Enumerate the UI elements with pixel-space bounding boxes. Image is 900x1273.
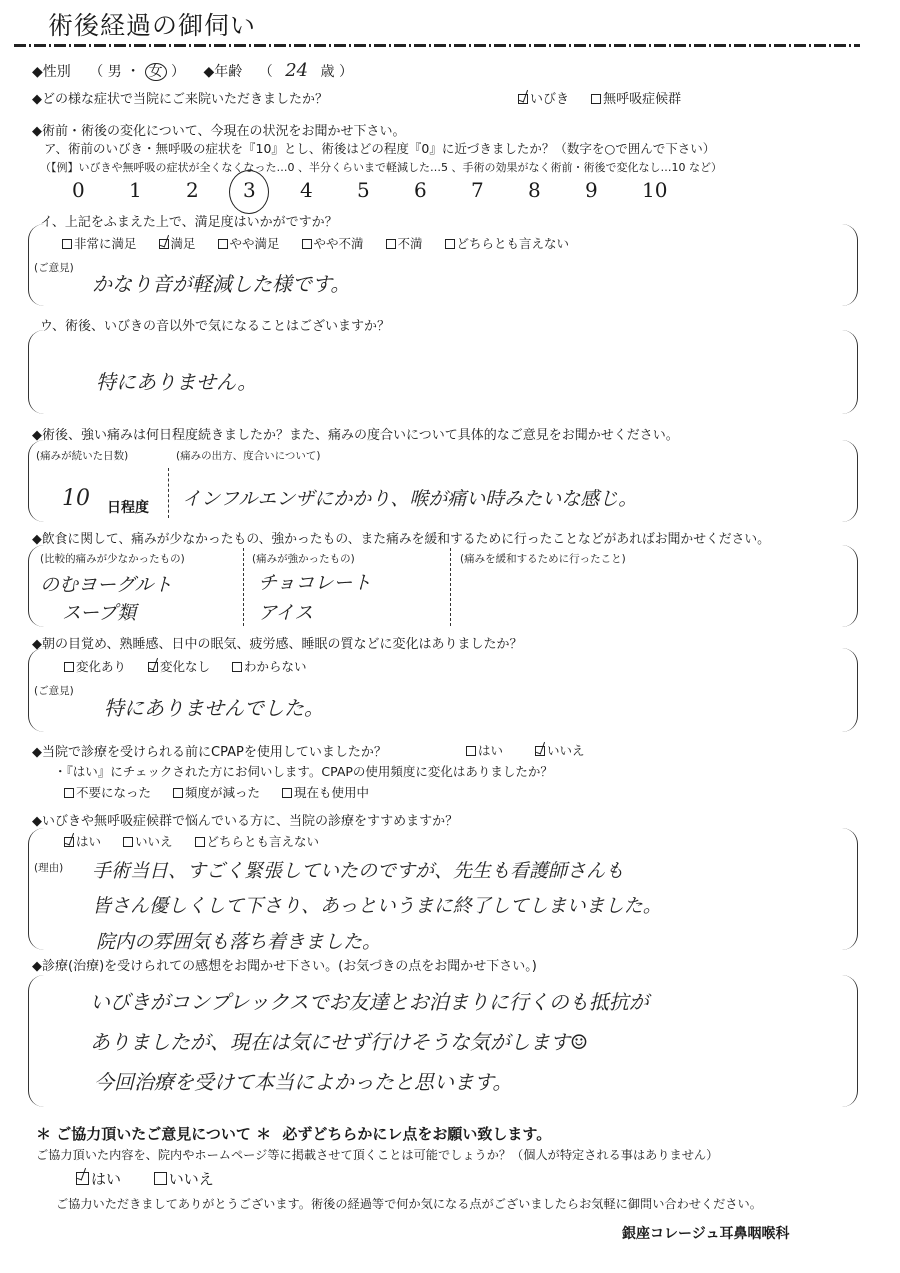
pain-degree-label: (痛みの出方、度合いについて) [176, 448, 320, 463]
checkbox-recommend-no[interactable]: いいえ [123, 832, 173, 850]
change-heading: ◆術前・術後の変化について、今現在の状況をお聞かせ下さい。 [32, 120, 405, 139]
checkbox-neutral[interactable]: どちらとも言えない [445, 234, 570, 252]
food-col2-line1[interactable]: チョコレート [258, 568, 371, 595]
checkbox-very-satisfied[interactable]: 非常に満足 [62, 234, 137, 252]
food-col1-line1[interactable]: のむヨーグルト [40, 570, 172, 597]
pain-degree-answer[interactable]: インフルエンザにかかり、喉が痛い時みたいな感じ。 [182, 484, 637, 511]
cpap-options: はい いいえ [466, 741, 603, 759]
checkbox-still-using[interactable]: 現在も使用中 [282, 783, 369, 801]
checkbox-icon [195, 837, 205, 847]
checkbox-icon [154, 1172, 167, 1185]
food-divider-2 [450, 548, 451, 626]
scale-9[interactable]: 9 [585, 178, 642, 202]
gender-option-female[interactable]: 女 [145, 63, 167, 81]
checkbox-icon [466, 746, 476, 756]
gender-label: ◆性別 [32, 64, 71, 80]
scale-7[interactable]: 7 [471, 178, 528, 202]
checkbox-changed[interactable]: 変化あり [64, 657, 126, 675]
pain-days-field[interactable]: 10 [62, 486, 90, 511]
scale-1[interactable]: 1 [129, 178, 186, 202]
recommend-reason-label: (理由) [34, 860, 63, 875]
impression-line1[interactable]: いびきがコンプレックスでお友達とお泊まりに行くのも抵抗が [90, 986, 649, 1015]
change-scale: 012345678910 [72, 178, 699, 202]
food-col3-label: (痛みを緩和するために行ったこと) [460, 551, 626, 566]
consent-options: はい いいえ [76, 1168, 232, 1189]
symptom-question: ◆どの様な症状で当院にご来院いただきましたか？ [32, 88, 328, 107]
checkbox-frequency-reduced[interactable]: 頻度が減った [173, 783, 260, 801]
checkbox-icon [386, 239, 396, 249]
food-col2-label: (痛みが強かったもの) [252, 551, 355, 566]
checkbox-recommend-yes[interactable]: はい [64, 832, 101, 850]
satisfaction-options: 非常に満足 満足 やや満足 やや不満 不満 どちらとも言えない [62, 234, 587, 252]
checkbox-icon [518, 94, 528, 104]
checkbox-icon [535, 746, 545, 756]
satisfaction-opinion-label: (ご意見) [34, 260, 74, 275]
clinic-name: 銀座コレージュ耳鼻咽喉科 [622, 1223, 789, 1243]
scale-4[interactable]: 4 [300, 178, 357, 202]
recommend-reason-line3[interactable]: 院内の雰囲気も落ち着きました。 [96, 927, 381, 954]
checkbox-icon [64, 788, 74, 798]
checkbox-unknown[interactable]: わからない [232, 657, 307, 675]
satisfaction-opinion-answer[interactable]: かなり音が軽減した様です。 [92, 268, 350, 297]
pain-days-unit: 日程度 [107, 497, 149, 517]
checkbox-consent-yes[interactable]: はい [76, 1168, 121, 1189]
checkbox-icon [76, 1172, 89, 1185]
morning-opinion-answer[interactable]: 特にありませんでした。 [104, 692, 324, 721]
checkbox-icon [64, 662, 74, 672]
other-concerns-answer[interactable]: 特にありません。 [96, 366, 257, 395]
scale-0[interactable]: 0 [72, 178, 129, 202]
symptom-options: いびき 無呼吸症候群 [518, 88, 699, 107]
checkbox-icon [218, 239, 228, 249]
selected-circle-mark [229, 170, 269, 214]
age-label: ◆年齢 [204, 64, 243, 80]
checkbox-cpap-yes[interactable]: はい [466, 741, 503, 759]
checkbox-snoring[interactable]: いびき [518, 88, 569, 107]
checkbox-somewhat-satisfied[interactable]: やや満足 [218, 234, 280, 252]
cpap-followup-options: 不要になった 頻度が減った 現在も使用中 [64, 783, 387, 801]
checkbox-icon [445, 239, 455, 249]
recommend-reason-line2[interactable]: 皆さん優しくして下さり、あっというまに終了してしまいました。 [92, 891, 662, 918]
checkbox-apnea[interactable]: 無呼吸症候群 [591, 88, 681, 107]
food-col1-line2[interactable]: スープ類 [62, 598, 136, 625]
checkbox-icon [282, 788, 292, 798]
change-question-a: ア、術前のいびき・無呼吸の症状を『10』とし、術後はどの程度『0』に近づきました… [44, 139, 715, 157]
checkbox-consent-no[interactable]: いいえ [154, 1168, 214, 1189]
checkbox-icon [62, 239, 72, 249]
cpap-question: ◆当院で診療を受けられる前にCPAPを使用していましたか？ [32, 741, 387, 760]
title-divider [14, 44, 860, 47]
pain-days-label: (痛みが続いた日数) [36, 448, 128, 463]
checkbox-icon [591, 94, 601, 104]
food-col2-line2[interactable]: アイス [258, 598, 313, 625]
checkbox-cpap-no[interactable]: いいえ [535, 741, 585, 759]
checkbox-no-longer-needed[interactable]: 不要になった [64, 783, 151, 801]
checkbox-somewhat-dissatisfied[interactable]: やや不満 [302, 234, 364, 252]
thanks-message: ご協力いただきましてありがとうございます。術後の経過等で何か気になる点がございま… [56, 1195, 762, 1212]
checkbox-icon [148, 662, 158, 672]
checkbox-icon [173, 788, 183, 798]
morning-options: 変化あり 変化なし わからない [64, 657, 325, 675]
morning-opinion-label: (ご意見) [34, 683, 74, 698]
consent-heading: ＊ ご協力頂いたご意見について ＊ 必ずどちらかにレ点をお願い致します。 [36, 1123, 551, 1144]
food-col1-label: (比較的痛みが少なかったもの) [40, 551, 185, 566]
consent-question: ご協力頂いた内容を、院内やホームページ等に掲載させて頂くことは可能でしょうか？（… [36, 1146, 718, 1163]
scale-6[interactable]: 6 [414, 178, 471, 202]
form-title: 術後経過の御伺い [48, 6, 256, 42]
pain-divider [168, 468, 169, 518]
profile-row: ◆性別 （ 男 ・ 女 ） ◆年齢 （ 24 歳 ） [32, 60, 353, 81]
scale-5[interactable]: 5 [357, 178, 414, 202]
impression-question: ◆診療(治療)を受けられての感想をお聞かせ下さい。(お気づきの点をお聞かせ下さい… [32, 955, 537, 974]
checkbox-icon [159, 239, 169, 249]
checkbox-recommend-neutral[interactable]: どちらとも言えない [195, 832, 320, 850]
checkbox-satisfied[interactable]: 満足 [159, 234, 196, 252]
change-example: （【例】いびきや無呼吸の症状が全くなくなった…0 、半分くらいまで軽減した…5 … [40, 159, 722, 175]
scale-8[interactable]: 8 [528, 178, 585, 202]
impression-line3[interactable]: 今回治療を受けて本当によかったと思います。 [94, 1066, 512, 1095]
scale-10[interactable]: 10 [642, 178, 699, 202]
checkbox-icon [232, 662, 242, 672]
checkbox-no-change[interactable]: 変化なし [148, 657, 210, 675]
age-field[interactable]: 24 [285, 60, 308, 81]
recommend-reason-line1[interactable]: 手術当日、すごく緊張していたのですが、先生も看護師さんも [92, 856, 624, 883]
checkbox-icon [64, 837, 74, 847]
checkbox-icon [302, 239, 312, 249]
recommend-question: ◆いびきや無呼吸症候群で悩んでいる方に、当院の診療をすすめますか？ [32, 810, 458, 829]
checkbox-icon [123, 837, 133, 847]
recommend-options: はい いいえ どちらとも言えない [64, 832, 337, 850]
food-divider-1 [243, 548, 244, 626]
gender-option-male[interactable]: 男 [108, 64, 122, 80]
checkbox-dissatisfied[interactable]: 不満 [386, 234, 423, 252]
impression-line2[interactable]: ありましたが、現在は気にせず行けそうな気がします☺ [90, 1026, 588, 1055]
cpap-followup-question: ・『はい』にチェックされた方にお伺いします。CPAPの使用頻度に変化はありました… [54, 762, 553, 780]
